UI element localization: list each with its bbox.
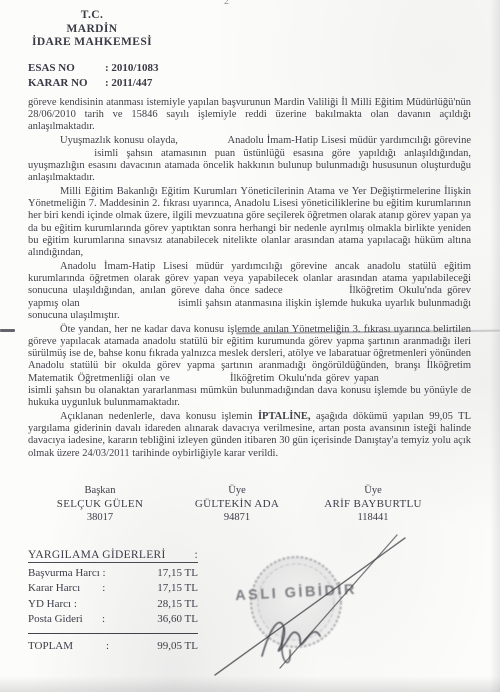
- esas-no-value: : 2010/1083: [105, 62, 158, 74]
- body-text-segment: göreve kendisinin atanması istemiyle yap…: [28, 97, 471, 132]
- redacted-name-gap: [383, 380, 471, 381]
- scanned-court-decision-page: 2 T.C. MARDİN İDARE MAHKEMESİ ESAS NO: 2…: [0, 0, 500, 692]
- judge-name: ARİF BAYBURTLU: [300, 498, 446, 512]
- esas-no-label: ESAS NO: [28, 61, 105, 76]
- judge-role: Üye: [300, 484, 446, 498]
- judge-registry-number: 94871: [168, 511, 306, 525]
- redacted-name-gap: [288, 292, 344, 293]
- cost-label: YD Harcı :: [28, 598, 77, 610]
- karar-no-label: KARAR NO: [28, 76, 105, 91]
- karar-no-row: KARAR NO: 2011/447: [28, 76, 158, 91]
- cost-label: Başvurma Harcı :: [28, 567, 106, 579]
- cost-label: Posta Gideri :: [28, 613, 105, 625]
- body-text-segment: Anadolu İmam-Hatip Lisesi müdür yardımcı…: [228, 135, 472, 146]
- emphasized-text: İPTALİNE,: [258, 411, 311, 422]
- litigation-costs-table: YARGILAMA GİDERLERİ : Başvurma Harcı : 1…: [28, 549, 198, 652]
- judge-registry-number: 118441: [300, 511, 446, 525]
- redacted-name-gap: [28, 155, 86, 156]
- judge-name: SELÇUK GÜLEN: [30, 498, 170, 512]
- paragraph: Uyuşmazlık konusu olayda, Anadolu İmam-H…: [28, 135, 471, 184]
- body-text-segment: İlköğretim Okulu'nda görev yapan: [230, 373, 379, 384]
- right-edge-shadow: [490, 0, 500, 692]
- costs-title: YARGILAMA GİDERLERİ: [28, 549, 166, 561]
- redacted-name-gap: [181, 142, 225, 143]
- paragraph: Milli Eğitim Bakanlığı Eğitim Kurumları …: [28, 186, 471, 259]
- redacted-name-gap: [174, 380, 226, 381]
- judge-role: Üye: [168, 484, 306, 498]
- cost-row-yd: YD Harcı : 28,15 TL: [28, 598, 198, 610]
- cost-row-karar: Karar Harcı : 17,15 TL: [28, 582, 198, 594]
- left-edge-scan-mark: [0, 329, 15, 332]
- case-info: ESAS NO: 2010/1083 KARAR NO: 2011/447: [28, 61, 158, 90]
- body-text-segment: isimli şahsın bu olanaktan yararlanması …: [28, 385, 471, 408]
- paragraph: Anadolu İmam-Hatip Lisesi müdür yardımcı…: [28, 261, 471, 322]
- cost-row-basvurma: Başvurma Harcı : 17,15 TL: [28, 567, 198, 579]
- cost-label: Karar Harcı :: [28, 582, 105, 594]
- cost-value: 17,15 TL: [157, 567, 198, 579]
- judge-president: Başkan SELÇUK GÜLEN 38017: [30, 484, 170, 525]
- costs-total-row: TOPLAM : 99,05 TL: [28, 633, 198, 652]
- judge-role: Başkan: [30, 484, 170, 498]
- paragraph: göreve kendisinin atanması istemiyle yap…: [28, 97, 471, 134]
- redacted-name-gap: [83, 305, 175, 306]
- paragraph: Öte yandan, her ne kadar dava konusu işl…: [28, 324, 471, 409]
- body-text-segment: Uyuşmazlık konusu olayda,: [60, 135, 178, 146]
- decision-body-text: göreve kendisinin atanması istemiyle yap…: [28, 97, 471, 462]
- header-tc: T.C.: [30, 9, 154, 23]
- body-text-segment: isimli şahsın atamasının puan üstünlüğü …: [28, 148, 471, 183]
- cost-row-posta: Posta Gideri : 36,60 TL: [28, 613, 198, 625]
- body-text-segment: Milli Eğitim Bakanlığı Eğitim Kurumları …: [28, 186, 471, 258]
- costs-title-row: YARGILAMA GİDERLERİ :: [28, 549, 198, 563]
- header-court-name: İDARE MAHKEMESİ: [30, 36, 154, 50]
- cost-value: 17,15 TL: [157, 582, 198, 594]
- page-number: 2: [224, 0, 229, 7]
- bottom-edge-shadow: [0, 676, 500, 692]
- judge-registry-number: 38017: [30, 511, 170, 525]
- certification-stamp-area: ASLI GİBİDİR: [200, 528, 432, 692]
- cost-value: 28,15 TL: [157, 598, 198, 610]
- karar-no-value: : 2011/447: [105, 77, 152, 89]
- total-label: TOPLAM :: [28, 640, 109, 652]
- judge-member-1: Üye GÜLTEKİN ADA 94871: [168, 484, 306, 525]
- body-text-segment: isimli şahsın atanmasına ilişkin işlemde…: [28, 298, 471, 321]
- paragraph: Açıklanan nedenlerle, dava konusu işlemi…: [28, 411, 471, 460]
- body-text-segment: Açıklanan nedenlerle, dava konusu işlemi…: [60, 411, 252, 422]
- judge-name: GÜLTEKİN ADA: [168, 498, 306, 512]
- court-header: T.C. MARDİN İDARE MAHKEMESİ: [30, 9, 154, 50]
- header-city: MARDİN: [30, 23, 154, 37]
- total-value: 99,05 TL: [157, 640, 198, 652]
- cost-value: 36,60 TL: [157, 613, 198, 625]
- costs-title-colon: :: [195, 549, 199, 561]
- judge-member-2: Üye ARİF BAYBURTLU 118441: [300, 484, 446, 525]
- esas-no-row: ESAS NO: 2010/1083: [28, 61, 158, 76]
